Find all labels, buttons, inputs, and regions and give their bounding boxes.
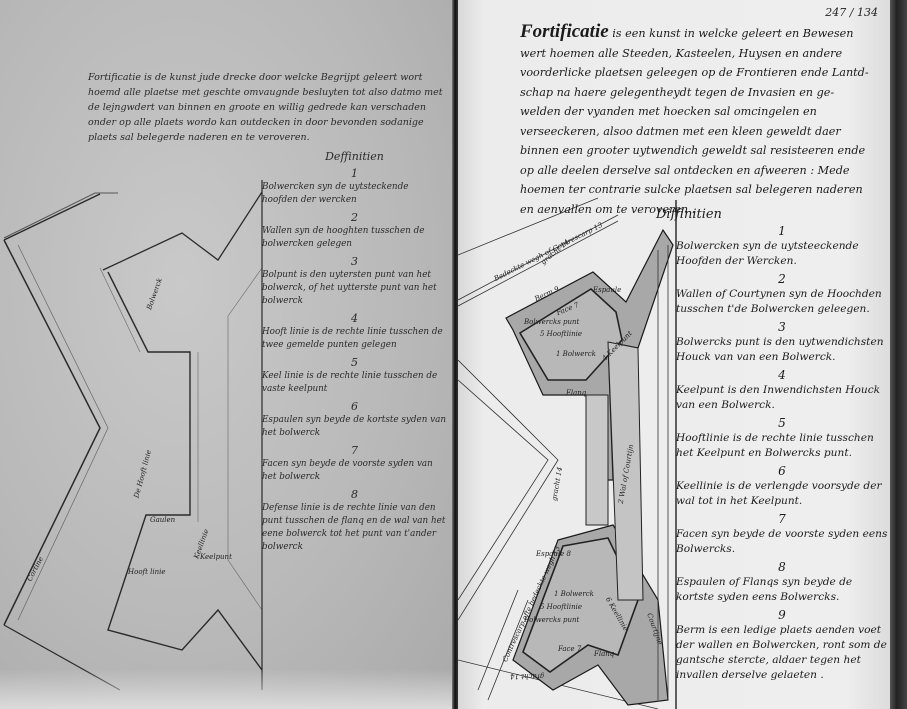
definition-number: 6 — [262, 400, 447, 413]
definition-text: Defense linie is de rechte linie van den… — [262, 502, 447, 554]
definition-number: 2 — [262, 211, 447, 224]
intro-line: schap na haere gelegentheydt tegen de In… — [520, 83, 886, 103]
definition-text: Facen syn beyde de voorste syden eens Bo… — [676, 527, 888, 557]
left-manuscript-page: Bolwerck De Hooft linie Gaulen Keelpunt … — [0, 0, 452, 709]
plan-label: Flanq — [594, 650, 614, 658]
definition-text: Hooft linie is de rechte linie tusschen … — [262, 326, 447, 352]
definition-text: Facen syn beyde de voorste syden van het… — [262, 458, 447, 484]
definition-text: Bolpunt is den uytersten punt van het bo… — [262, 269, 447, 308]
definition-number: 3 — [262, 255, 447, 268]
definition-text: Wallen syn de hooghten tusschen de bolwe… — [262, 225, 447, 251]
plan-label: Bolwercks punt — [524, 318, 579, 326]
definition-text: Keel linie is de rechte linie tusschen d… — [262, 370, 447, 396]
intro-line: welden der vyanden met hoecken sal omcin… — [520, 102, 886, 122]
plan-label: Espaule — [593, 286, 621, 294]
definition-number: 8 — [262, 488, 447, 501]
left-intro-paragraph: Fortificatie is de kunst jude drecke doo… — [88, 70, 443, 145]
right-intro-paragraph: Fortificatie is een kunst in welcke gele… — [520, 22, 886, 219]
page-number: 247 / 134 — [825, 6, 878, 19]
intro-line: binnen een grooter uytwendich geweldt sa… — [520, 141, 886, 161]
intro-line: verseeckeren, alsoo datmen met een kleen… — [520, 122, 886, 142]
definition-text: Keelpunt is den Inwendichsten Houck van … — [676, 383, 888, 413]
right-manuscript-page: Bedeckte wegh of Contrescarp 13 gracht 1… — [458, 0, 890, 709]
right-definitions-heading: Diffinitien — [656, 207, 888, 222]
definition-text: Keellinie is de verlengde voorsyde der w… — [676, 479, 888, 509]
plan-label: Face 7 — [558, 645, 581, 653]
intro-line: hoemen ter contrarie sulcke plaetsen sal… — [520, 180, 886, 200]
plan-label: Hooft linie — [128, 568, 166, 576]
intro-line: wert hoemen alle Steeden, Kasteelen, Huy… — [520, 44, 886, 64]
definition-text: Wallen of Courtynen syn de Hoochden tuss… — [676, 287, 888, 317]
definition-text: Hooftlinie is de rechte linie tusschen h… — [676, 431, 888, 461]
definition-text: Bolwercken syn de uytsteeckende Hoofden … — [676, 239, 888, 269]
plan-label: 5 Hooftlinie — [540, 330, 582, 338]
definition-number: 8 — [676, 560, 888, 575]
right-definitions: Diffinitien 1 Bolwercken syn de uytsteec… — [676, 207, 888, 686]
left-definitions-heading: Deffinitien — [262, 150, 447, 163]
definition-number: 1 — [262, 167, 447, 180]
definition-text: Berm is een ledige plaets aenden voet de… — [676, 623, 888, 683]
plan-label: 1 Bolwerck — [554, 590, 594, 598]
definition-number: 7 — [676, 512, 888, 527]
definition-number: 6 — [676, 464, 888, 479]
definition-text: Bolwercks punt is den uytwendichsten Hou… — [676, 335, 888, 365]
plan-label: gracht 14 — [510, 672, 544, 680]
intro-line: voorderlicke plaetsen geleegen op de Fro… — [520, 63, 886, 83]
definition-number: 4 — [262, 312, 447, 325]
definition-number: 5 — [262, 356, 447, 369]
plan-label: 1 Bolwerck — [556, 350, 596, 358]
definition-number: 5 — [676, 416, 888, 431]
left-definitions: Deffinitien 1 Bolwercken syn de uytsteck… — [262, 150, 447, 558]
definition-number: 7 — [262, 444, 447, 457]
plan-label: Flanq — [566, 389, 586, 397]
intro-line: is een kunst in welcke geleert en Bewese… — [612, 27, 853, 40]
page-edge — [890, 0, 907, 709]
definition-number: 2 — [676, 272, 888, 287]
plan-label: 5 Hooftlinie — [540, 603, 582, 611]
intro-title: Fortificatie — [520, 21, 609, 42]
intro-line: op alle deelen derselve sal ontdecken en… — [520, 161, 886, 181]
plan-label: Gaulen — [150, 516, 175, 524]
definition-number: 9 — [676, 608, 888, 623]
definition-text: Bolwercken syn de uytsteckende hoofden d… — [262, 181, 447, 207]
definition-text: Espaulen syn beyde de kortste syden van … — [262, 414, 447, 440]
plan-label: Bolwercks punt — [524, 616, 579, 624]
definition-number: 3 — [676, 320, 888, 335]
definition-number: 4 — [676, 368, 888, 383]
plan-label: Espaule 8 — [536, 550, 571, 558]
torn-paper-edge — [0, 669, 452, 709]
definition-text: Espaulen of Flanqs syn beyde de kortste … — [676, 575, 888, 605]
plan-label: Keelpunt — [200, 553, 232, 561]
definition-number: 1 — [676, 224, 888, 239]
